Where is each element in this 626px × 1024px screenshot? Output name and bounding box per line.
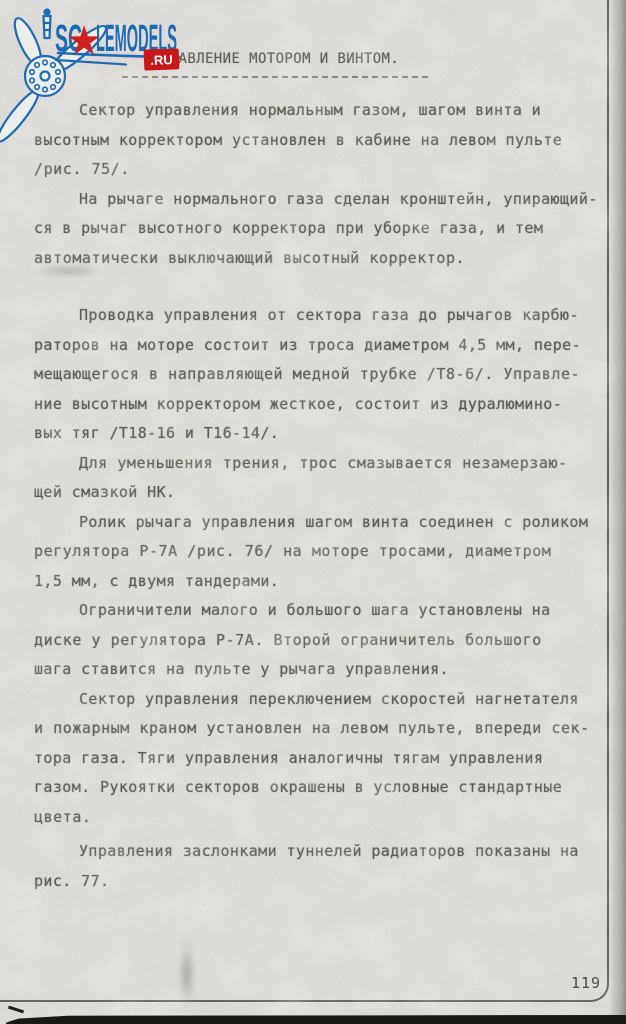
text-line: шага ставится на пульте у рычага управле… <box>34 655 600 685</box>
text-line: раторов на моторе состоит из троса диаме… <box>34 331 600 361</box>
text-line: диске у регулятора Р-7А. Второй ограничи… <box>34 626 600 656</box>
tld-badge: .RU <box>144 48 180 70</box>
text-line: Сектор управления переключением скоросте… <box>34 685 600 715</box>
text-line: Для уменьшения трения, трос смазывается … <box>34 449 600 479</box>
scan-right-edge <box>609 0 626 1024</box>
page-number: 119 <box>571 974 601 992</box>
text-line: Проводка управления от сектора газа до р… <box>34 301 600 331</box>
text-line: ние высотным корректором жесткое, состои… <box>34 390 600 420</box>
text-line: 1,5 мм, с двумя тандерами. <box>34 567 600 597</box>
scanned-page: УПРАВЛЕНИЕ МОТОРОМ И ВИНТОМ. Сектор упра… <box>0 0 626 1024</box>
text-line: рис. 77. <box>34 867 600 897</box>
text-line: ся в рычаг высотного корректора при убор… <box>34 214 600 244</box>
text-line: тора газа. Тяги управления аналогичны тя… <box>34 744 600 774</box>
text-line: мещающегося в направляющей медной трубке… <box>34 360 600 390</box>
text-line: вых тяг /Т18-16 и Т16-14/. <box>34 419 600 449</box>
text-line: щей смазкой НК. <box>34 478 600 508</box>
text-line: и пожарным краном установлен на левом пу… <box>34 714 600 744</box>
body-text: Сектор управления нормальным газом, шаго… <box>34 96 600 896</box>
text-line: газом. Рукоятки секторов окрашены в усло… <box>34 773 600 803</box>
tld-label: .RU <box>150 52 173 68</box>
scan-fold-streak <box>182 935 192 1010</box>
text-line: цвета. <box>34 803 600 833</box>
text-line: автоматически выключающий высотный корре… <box>34 244 600 274</box>
text-line: Ролик рычага управления шагом винта соед… <box>34 508 600 538</box>
scan-bottom-edge <box>6 1015 626 1024</box>
text-line: регулятора Р-7А /рис. 76/ на моторе трос… <box>34 537 600 567</box>
text-line: На рычаге нормального газа сделан кроншт… <box>34 185 600 215</box>
text-line: Ограничители малого и большого шага уста… <box>34 596 600 626</box>
text-line: Управления заслонками туннелей радиаторо… <box>34 837 600 867</box>
scan-corner-mark <box>8 1006 24 1014</box>
watermark-logo: SC ★ LEMODELS .RU <box>0 0 360 170</box>
